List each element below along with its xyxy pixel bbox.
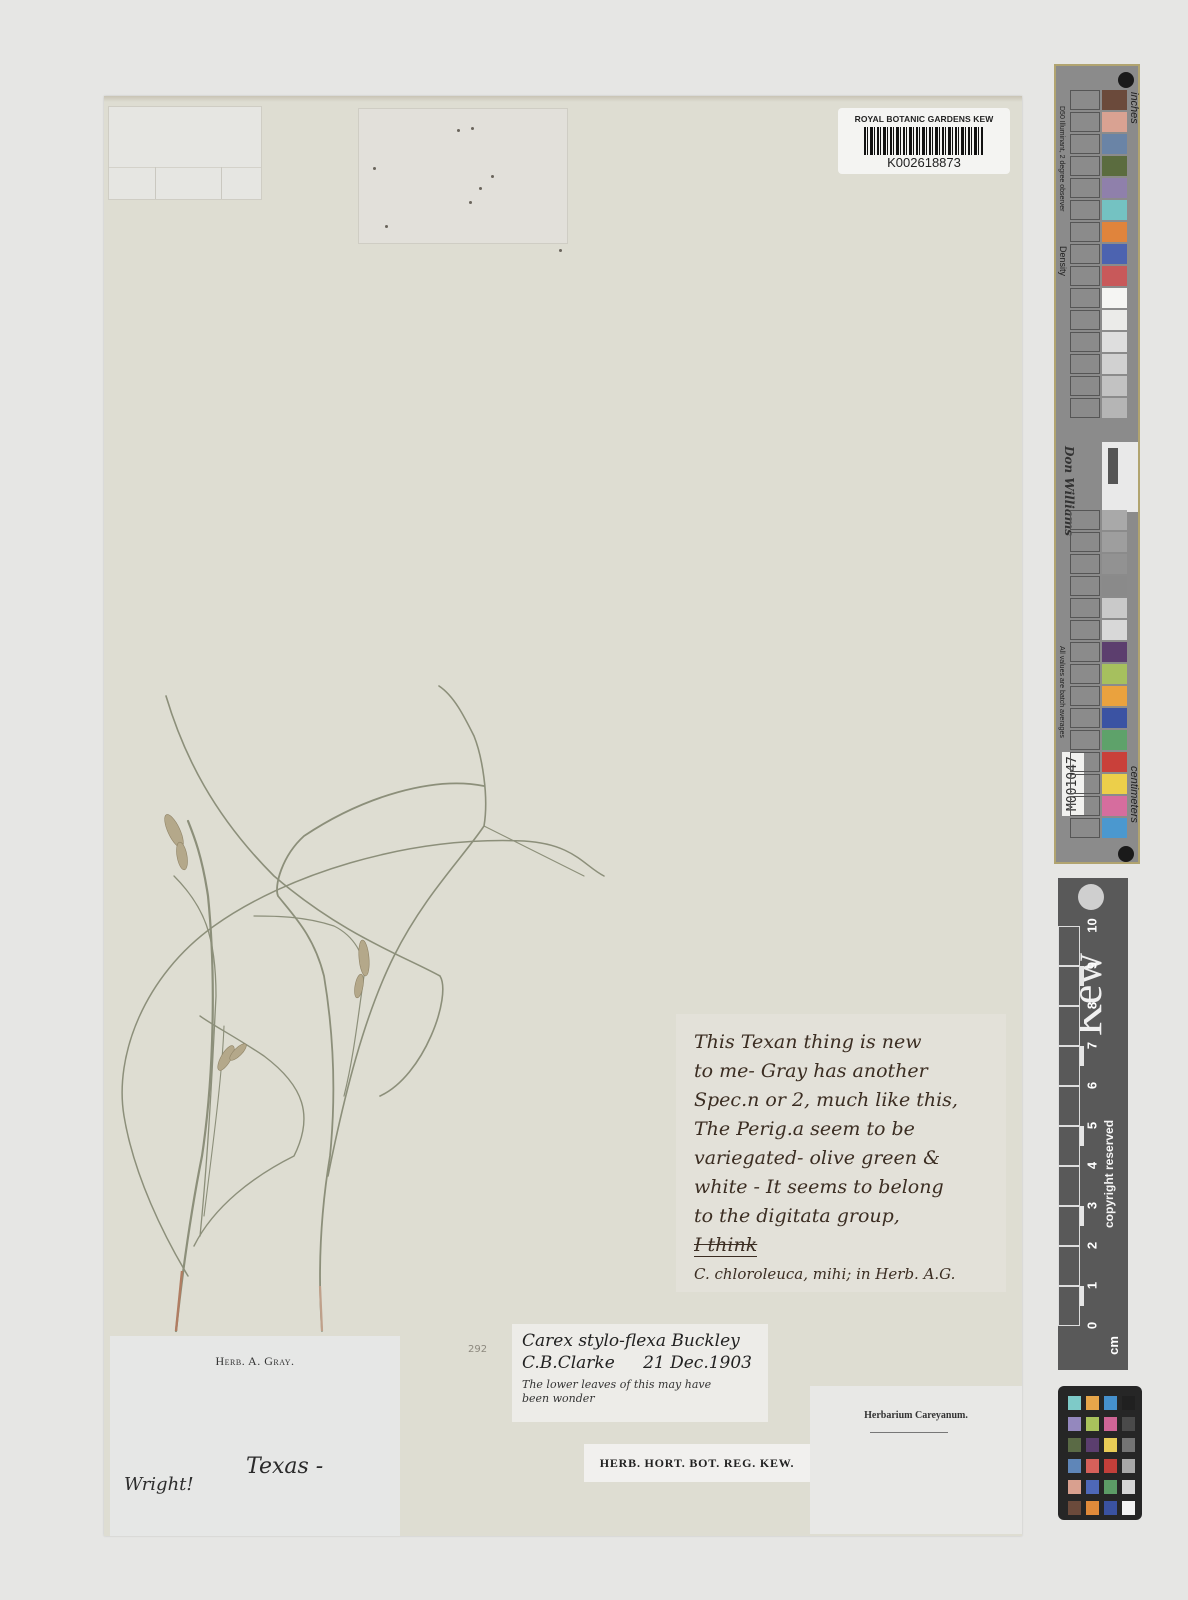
checker-patch bbox=[1104, 1438, 1117, 1452]
checker-patch bbox=[1086, 1417, 1099, 1431]
density-cell bbox=[1070, 554, 1100, 574]
registration-dot-icon bbox=[1118, 72, 1134, 88]
color-swatch bbox=[1102, 774, 1127, 794]
checker-patch bbox=[1122, 1480, 1135, 1494]
density-cell bbox=[1070, 598, 1100, 618]
density-label: Density bbox=[1058, 246, 1068, 276]
scale-unit: cm bbox=[1106, 1336, 1121, 1355]
checker-patch bbox=[1122, 1501, 1135, 1515]
plant-specimen bbox=[104, 96, 1022, 1536]
scale-cell bbox=[1058, 1166, 1080, 1206]
scale-tick-label: 1 bbox=[1085, 1278, 1100, 1294]
color-swatch bbox=[1102, 642, 1127, 662]
density-cell bbox=[1070, 398, 1100, 418]
illuminant-note: D50 Illuminant, 2 degree observer bbox=[1058, 106, 1065, 211]
scale-cell bbox=[1058, 1046, 1080, 1086]
color-swatch bbox=[1102, 310, 1127, 330]
checker-patch bbox=[1068, 1459, 1081, 1473]
scale-cell bbox=[1058, 1126, 1080, 1166]
checker-patch bbox=[1104, 1459, 1117, 1473]
scale-tick-label: 9 bbox=[1085, 958, 1100, 974]
checker-patch bbox=[1086, 1459, 1099, 1473]
checker-patch bbox=[1086, 1396, 1099, 1410]
color-swatch bbox=[1102, 818, 1127, 838]
color-swatch bbox=[1102, 576, 1127, 596]
scale-tick-label: 5 bbox=[1085, 1118, 1100, 1134]
color-swatch bbox=[1102, 598, 1127, 618]
scale-tick-label: 0 bbox=[1085, 1318, 1100, 1334]
density-cell bbox=[1070, 288, 1100, 308]
density-cell bbox=[1070, 156, 1100, 176]
color-swatch bbox=[1102, 730, 1127, 750]
color-calibration-strip: inches centimeters D50 Illuminant, 2 deg… bbox=[1054, 64, 1140, 864]
color-swatch bbox=[1102, 796, 1127, 816]
color-swatch bbox=[1102, 156, 1127, 176]
color-swatch bbox=[1102, 686, 1127, 706]
registration-dot-icon bbox=[1118, 846, 1134, 862]
scale-tick-label: 4 bbox=[1085, 1158, 1100, 1174]
color-swatch bbox=[1102, 752, 1127, 772]
density-cell bbox=[1070, 222, 1100, 242]
color-swatch bbox=[1102, 620, 1127, 640]
density-cell bbox=[1070, 708, 1100, 728]
density-cell bbox=[1070, 642, 1100, 662]
color-swatch bbox=[1102, 376, 1127, 396]
scale-tick-label: 6 bbox=[1085, 1078, 1100, 1094]
density-cell bbox=[1070, 752, 1100, 772]
color-swatch bbox=[1102, 354, 1127, 374]
density-cell bbox=[1070, 200, 1100, 220]
checker-patch bbox=[1068, 1417, 1081, 1431]
gray-wedge-inset bbox=[1102, 442, 1138, 512]
copyright-text: copyright reserved bbox=[1102, 1018, 1116, 1228]
scale-cell bbox=[1058, 1246, 1080, 1286]
checker-patch bbox=[1122, 1417, 1135, 1431]
checker-patch bbox=[1104, 1417, 1117, 1431]
color-swatch bbox=[1102, 288, 1127, 308]
color-swatch bbox=[1102, 398, 1127, 418]
checker-patch bbox=[1068, 1501, 1081, 1515]
scale-tick-label: 10 bbox=[1085, 918, 1100, 934]
color-checker-card bbox=[1058, 1386, 1142, 1520]
checker-patch bbox=[1086, 1438, 1099, 1452]
checker-patch bbox=[1122, 1396, 1135, 1410]
color-swatch bbox=[1102, 178, 1127, 198]
checker-patch bbox=[1122, 1459, 1135, 1473]
density-cell bbox=[1070, 532, 1100, 552]
scale-cell bbox=[1058, 1206, 1080, 1246]
density-cell bbox=[1070, 244, 1100, 264]
checker-patch bbox=[1068, 1438, 1081, 1452]
density-cell bbox=[1070, 796, 1100, 816]
checker-patch bbox=[1068, 1396, 1081, 1410]
density-cell bbox=[1070, 576, 1100, 596]
royal-crest-icon bbox=[1078, 884, 1104, 910]
density-cell bbox=[1070, 112, 1100, 132]
density-cell bbox=[1070, 686, 1100, 706]
checker-patch bbox=[1122, 1438, 1135, 1452]
color-swatch bbox=[1102, 532, 1127, 552]
color-swatch bbox=[1102, 708, 1127, 728]
checker-patch bbox=[1104, 1480, 1117, 1494]
density-cell bbox=[1070, 774, 1100, 794]
checker-patch bbox=[1068, 1480, 1081, 1494]
units-inches: inches bbox=[1128, 92, 1140, 124]
density-cell bbox=[1070, 354, 1100, 374]
scale-cell bbox=[1058, 1286, 1080, 1326]
color-swatch bbox=[1102, 510, 1127, 530]
color-swatch bbox=[1102, 200, 1127, 220]
density-cell bbox=[1070, 730, 1100, 750]
color-swatch bbox=[1102, 90, 1127, 110]
batch-note: All values are batch averages bbox=[1058, 646, 1065, 738]
checker-patch bbox=[1104, 1501, 1117, 1515]
density-cell bbox=[1070, 510, 1100, 530]
scale-cell bbox=[1058, 1006, 1080, 1046]
density-cell bbox=[1070, 134, 1100, 154]
density-cell bbox=[1070, 178, 1100, 198]
scale-tick-label: 8 bbox=[1085, 998, 1100, 1014]
scale-tick-label: 3 bbox=[1085, 1198, 1100, 1214]
checker-patch bbox=[1086, 1480, 1099, 1494]
color-swatch bbox=[1102, 266, 1127, 286]
color-swatch bbox=[1102, 222, 1127, 242]
color-swatch bbox=[1102, 554, 1127, 574]
color-swatch bbox=[1102, 664, 1127, 684]
scale-cell bbox=[1058, 1086, 1080, 1126]
density-cell bbox=[1070, 266, 1100, 286]
density-cell bbox=[1070, 376, 1100, 396]
density-cell bbox=[1070, 620, 1100, 640]
density-cell bbox=[1070, 90, 1100, 110]
checker-patch bbox=[1104, 1396, 1117, 1410]
density-cell bbox=[1070, 332, 1100, 352]
scale-tick-label: 2 bbox=[1085, 1238, 1100, 1254]
color-swatch bbox=[1102, 112, 1127, 132]
checker-patch bbox=[1086, 1501, 1099, 1515]
color-swatch bbox=[1102, 332, 1127, 352]
density-cell bbox=[1070, 818, 1100, 838]
kew-scale-bar: Kew copyright reserved 012345678910 cm bbox=[1058, 878, 1128, 1370]
scale-cell bbox=[1058, 966, 1080, 1006]
scale-cell bbox=[1058, 926, 1080, 966]
scale-tick-label: 7 bbox=[1085, 1038, 1100, 1054]
color-swatch bbox=[1102, 244, 1127, 264]
density-cell bbox=[1070, 310, 1100, 330]
units-centimeters: centimeters bbox=[1128, 766, 1140, 823]
color-swatch bbox=[1102, 134, 1127, 154]
density-cell bbox=[1070, 664, 1100, 684]
